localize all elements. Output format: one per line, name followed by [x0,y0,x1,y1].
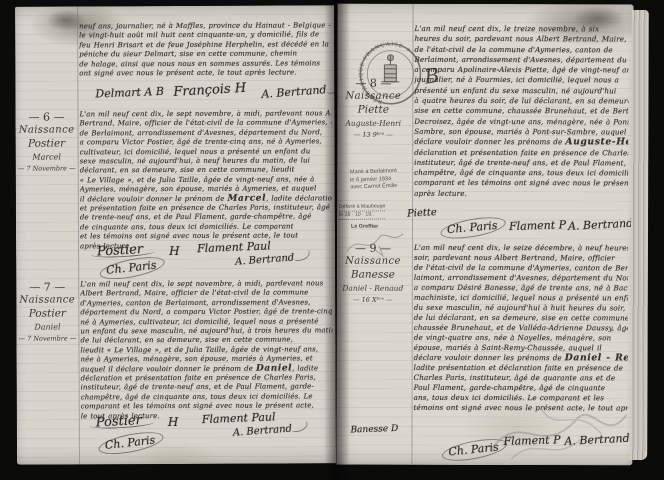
child-given-name: Marcel [227,193,266,203]
handwritten-line: laimont, arrondissement d'Avesnes, dépar… [414,273,628,284]
act-firstname: Auguste-Henri [337,116,409,129]
handwritten-line: sise en cette commune, chaussée Brunehau… [414,106,628,117]
signature-flament: Flament Paul [202,410,276,426]
handwritten-line: chaussée Brunehaut, et de Valléda-Adrien… [414,323,628,334]
act-number: — 9 — [337,242,409,256]
handwritten-line: a comparu Désiré Banesse, âgé de trente … [414,283,628,294]
act-6-body-text: L'an mil neuf cent dix, le sept novembre… [79,109,332,251]
handwritten-line: de trente-neuf ans, et de Paul Flament, … [80,213,332,224]
act-surname: Postier [17,137,77,150]
signature-delmart: Delmart A B [95,85,164,101]
signature-postier: Postier [97,242,144,260]
handwritten-line: après lecture. [414,189,628,200]
handwritten-line: du sexe masculin, né aujourd'hui à huit … [414,303,628,314]
handwritten-line: de lui déclarant, en sa demeure, sise en… [414,313,628,324]
handwritten-line: de l'état-civil de la commune d'Aymeries… [414,263,628,274]
handwritten-line: Berlaimont, arrondissement d'Avesnes, dé… [414,55,628,66]
act-7-body-text: L'an mil neuf cent dix, le sept novembre… [80,279,333,421]
signature-flament: Flament Paul [197,239,271,255]
margin-note-act-7: — 7 — Naissance Postier Daniel — 7 Novem… [17,280,77,344]
pencil-scribble-marks [481,389,631,467]
handwritten-line: soir, pardevant nous Albert Bertrand, Ma… [414,253,628,264]
handwritten-line: champêtre, âgé de cinquante ans, tous de… [414,168,628,179]
child-given-name: Daniel [256,363,292,373]
handwritten-line: de l'état-civil de la commune d'Aymeries… [414,44,628,55]
handwritten-line: déclaration et présentation faite en pré… [414,147,628,158]
handwritten-line: péniche du sieur Delmart, sise en cette … [79,50,331,61]
handwritten-line: a comparu Victor Postier, âgé de trente-… [80,138,332,149]
stamp-line: le 28 · 10 · 19.. [339,211,386,220]
handwritten-line: ladite présentation et déclaration faite… [414,363,628,374]
signature-bertrand: A. Bertrand [235,252,295,267]
register-right-page: RÉPUBLIQUE FRANÇAISE ✶ B — 8 — Naissance… [336,4,633,466]
stamp-line: avec Carnot Émilie [350,183,397,192]
act-9-body-text: L'an mil neuf cent dix, le seize décembr… [414,243,628,414]
register-left-page: neuf ans, journalier, né à Maffles, prov… [15,5,336,464]
handwritten-line: à quatre heures du soir, de lui déclaran… [414,96,628,107]
signature-bertrand: A. Bertrand [233,423,293,438]
act-number: — 7 — [17,280,77,294]
act-type: Naissance [17,294,77,307]
handwritten-line: présenté un enfant du sexe masculin, né … [414,86,628,97]
signature-postier: Postier [95,413,142,431]
act-type: Naissance [337,91,409,104]
handwritten-line: de vingt-quatre ans, née à Noyelles, mén… [414,333,628,344]
handwritten-line: comparant et les témoins ont signé avec … [81,402,333,413]
act-date: — 13 9ᵇʳᵉ — [337,129,409,140]
handwritten-line: heures du soir, pardevant nous Albert Be… [414,34,628,45]
act-surname: Postier [17,307,77,320]
act-surname: Piette [337,103,409,116]
signature-francois: François H [173,81,246,100]
child-given-name: Daniel - Renaud [565,352,628,363]
margin-note-act-6: — 6 — Naissance Postier Marcel — 7 Novem… [16,110,76,174]
margin-note-act-8: — 8 — Naissance Piette Auguste-Henri — 1… [337,77,409,141]
signature-paris: Ch. Paris [447,219,498,236]
signature-paraph-h: H [169,244,180,258]
handwritten-line: L'an mil neuf cent dix, le seize décembr… [414,243,628,254]
handwritten-line: Decroisez, âgée de vingt-une ans, ménagè… [414,116,628,127]
handwritten-line: instituteur, âgé de trente-neuf ans, et … [414,158,628,169]
signature-paris: Ch. Paris [104,433,156,451]
page-stack-edge [630,10,649,460]
act-type: Naissance [17,124,77,137]
act-type: Naissance [337,256,409,269]
act-firstname: Marcel [17,150,77,163]
signature-paris: Ch. Paris [106,258,158,276]
marriage-mention-stamp: Marié à Berlaimont le 6 janvier 1934 ave… [350,168,398,192]
handwritten-line: machiniste, ici domicilié, lequel nous a… [414,293,628,304]
handwritten-line: journalier, né à Fourmies, ici domicilié… [414,75,628,86]
handwritten-line: ont signé avec nous le présent acte, le … [79,68,331,79]
handwritten-line: et les témoins ont signé avec nous le pr… [80,232,332,243]
handwritten-line: comparant et les témoins ont signé avec … [414,178,628,189]
signature-piette: Piette [407,207,437,219]
act-firstname: Daniel - Renaud [337,281,409,294]
child-given-name: Auguste-Henri [565,136,628,147]
signature-flament: Flament P [509,218,566,233]
act-number: — 8 — [337,77,409,91]
act-8-body-text: L'an mil neuf cent dix, le treize novemb… [414,24,628,200]
delivery-mention-stamp: Délivré à Maubeuge le 28 · 10 · 19.. [339,203,386,220]
act-continuation-text: neuf ans, journalier, né à Maffles, prov… [79,21,331,79]
handwritten-line: a comparu Apolinaire-Alexis Piette, âgé … [414,65,628,76]
margin-note-act-9: — 9 — Naissance Banesse Daniel - Renaud … [337,242,409,306]
signature-paraph-h: H [168,415,179,429]
handwritten-line: département du Nord, a comparu Victor Po… [80,308,332,319]
signature-bertrand: A. Bertrand [568,217,634,233]
signature-banesse: Banesse D [350,424,398,436]
act-date: — 7 Novembre — [17,333,77,344]
act-number: — 6 — [16,110,76,124]
act-date: — 7 Novembre — [17,163,77,174]
handwritten-line: déclare vouloir donner les prénoms de Au… [414,137,628,148]
handwritten-line: L'an mil neuf cent dix, le treize novemb… [415,24,629,35]
handwritten-line: Charles Paris, instituteur, âgé de quara… [414,373,628,384]
act-firstname: Daniel [17,320,77,333]
act-surname: Banesse [337,268,409,281]
act-date: — 16 Xᵇʳᵉ — [337,294,409,305]
signature-bertrand: A. Bertrand [261,83,327,101]
handwritten-line: déclare vouloir donner les prénoms de Da… [414,353,628,364]
